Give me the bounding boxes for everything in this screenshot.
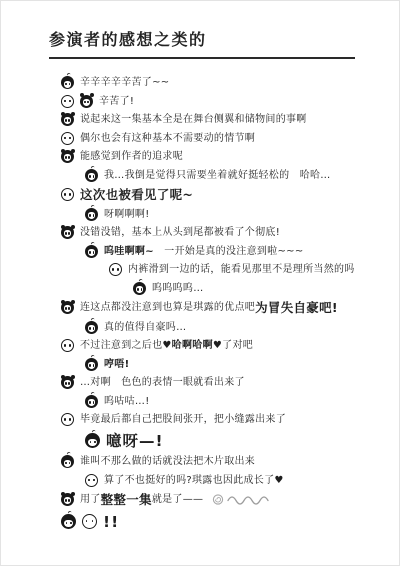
comment-text: 算了不也挺好的吗?琪露也因此成长了♥ xyxy=(104,474,284,487)
comment-text: 呜咕咕…! xyxy=(104,395,150,408)
comment-text: 毕竟最后都自己把股间张开，把小缝露出来了 xyxy=(80,413,286,426)
comment-segment: 不过注意到之后也♥ xyxy=(80,339,172,352)
comment-row: 辛苦了! xyxy=(61,95,379,108)
light-girl-avatar-icon xyxy=(82,514,97,529)
comment-segment: 为冒失自豪吧! xyxy=(255,300,338,315)
comment-row: 能感觉到作者的追求呢 xyxy=(61,150,379,163)
ahoge-girl-avatar-icon xyxy=(61,76,74,89)
buns-girl-avatar-icon xyxy=(80,95,93,108)
comment-row: 我…我倒是觉得只需要坐着就好挺轻松的 哈哈… xyxy=(85,169,379,182)
comment-text: 偶尔也会有这种基本不需要动的情节啊 xyxy=(80,132,255,145)
comment-text: 哼唔! xyxy=(104,358,129,371)
comment-segment: 没错没错，基本上从头到尾都被看了个彻底! xyxy=(80,226,280,239)
light-girl-avatar-icon xyxy=(61,188,74,201)
light-girl-avatar-icon xyxy=(61,95,74,108)
buns-girl-avatar-icon xyxy=(61,376,74,389)
comment-segment: 毕竟最后都自己把股间张开，把小缝露出来了 xyxy=(80,413,286,426)
comment-text: 呀啊啊啊! xyxy=(104,208,150,221)
comment-segment: 就是了—— xyxy=(152,493,204,506)
comment-row: 没错没错，基本上从头到尾都被看了个彻底! xyxy=(61,226,379,239)
comment-segment: 呜哇啊啊~ xyxy=(104,245,164,258)
comment-row: …对啊 色色的表情一眼就看出来了 xyxy=(61,376,379,389)
light-girl-avatar-icon xyxy=(61,339,74,352)
comment-text: …对啊 色色的表情一眼就看出来了 xyxy=(80,376,245,389)
light-girl-avatar-icon xyxy=(85,474,98,487)
ahoge-girl-avatar-icon xyxy=(85,358,98,371)
comment-segment: 整整一集 xyxy=(101,492,152,507)
ahoge-girl-avatar-icon xyxy=(85,395,98,408)
comment-text: 噫呀—! xyxy=(106,432,164,450)
comment-text: 呜哇啊啊~ 一开始是真的没注意到啦~~~ xyxy=(104,245,304,258)
ahoge-girl-avatar-icon xyxy=(61,514,76,529)
comment-segment: 这次也被看见了呢~ xyxy=(80,187,193,202)
ahoge-girl-avatar-icon xyxy=(61,455,74,468)
comment-segment: ♥了对吧 xyxy=(213,339,253,352)
light-girl-avatar-icon xyxy=(61,132,74,145)
ahoge-girl-avatar-icon xyxy=(85,321,98,334)
comment-segment: 偶尔也会有这种基本不需要动的情节啊 xyxy=(80,132,255,145)
comment-row: 呜咕咕…! xyxy=(85,395,379,408)
ahoge-girl-avatar-icon xyxy=(85,433,100,448)
comment-segment: 呀啊啊啊! xyxy=(104,208,150,221)
comment-row: 偶尔也会有这种基本不需要动的情节啊 xyxy=(61,132,379,145)
buns-girl-avatar-icon xyxy=(61,301,74,314)
comment-row: 呀啊啊啊! xyxy=(85,208,379,221)
buns-girl-avatar-icon xyxy=(61,150,74,163)
comment-row: 哼唔! xyxy=(85,358,379,371)
comment-segment: 哼唔! xyxy=(104,358,129,371)
comment-text: 用了整整一集就是了—— xyxy=(80,492,277,507)
comment-row: !! xyxy=(61,513,379,531)
comment-segment: 辛辛辛辛辛苦了~~ xyxy=(80,76,169,89)
comment-row: 谁叫不那么做的话就没法把木片取出来 xyxy=(61,455,379,468)
ahoge-girl-avatar-icon xyxy=(85,208,98,221)
comment-row: 噫呀—! xyxy=(85,432,379,450)
ahoge-girl-avatar-icon xyxy=(85,245,98,258)
comment-text: 辛辛辛辛辛苦了~~ xyxy=(80,76,169,89)
comment-text: 辛苦了! xyxy=(99,95,134,108)
afterword-page: 参演者的感想之类的 辛辛辛辛辛苦了~~辛苦了!说起来这一集基本全是在舞台侧翼和储… xyxy=(1,1,399,531)
comment-text: 没错没错，基本上从头到尾都被看了个彻底! xyxy=(80,226,280,239)
comment-text: 说起来这一集基本全是在舞台侧翼和储物间的事啊 xyxy=(80,113,307,126)
comment-text: 这次也被看见了呢~ xyxy=(80,187,193,202)
comment-row: 呜呜呜呜… xyxy=(133,282,379,295)
comment-segment: !! xyxy=(103,513,119,531)
comment-segment: 谁叫不那么做的话就没法把木片取出来 xyxy=(80,455,255,468)
comment-row: 呜哇啊啊~ 一开始是真的没注意到啦~~~ xyxy=(85,245,379,258)
comment-row: 内裤滑到一边的话，能看见那里不是理所当然的吗 xyxy=(109,263,379,276)
light-girl-avatar-icon xyxy=(109,263,122,276)
comment-segment: 内裤滑到一边的话，能看见那里不是理所当然的吗 xyxy=(128,263,355,276)
comment-row: 用了整整一集就是了—— xyxy=(61,492,379,507)
comment-text: 连这点都没注意到也算是琪露的优点吧 为冒失自豪吧! xyxy=(80,300,338,315)
comment-row: 这次也被看见了呢~ xyxy=(61,187,379,202)
ahoge-girl-avatar-icon xyxy=(85,169,98,182)
comment-segment: 噫呀—! xyxy=(106,432,164,450)
comment-segment: 能感觉到作者的追求呢 xyxy=(80,150,183,163)
page-title: 参演者的感想之类的 xyxy=(49,27,355,50)
comment-text: 谁叫不那么做的话就没法把木片取出来 xyxy=(80,455,255,468)
comment-segment: 说起来这一集基本全是在舞台侧翼和储物间的事啊 xyxy=(80,113,307,126)
comment-list: 辛辛辛辛辛苦了~~辛苦了!说起来这一集基本全是在舞台侧翼和储物间的事啊偶尔也会有… xyxy=(49,76,379,531)
comment-text: 真的值得自豪吗… xyxy=(104,321,186,334)
comment-text: 内裤滑到一边的话，能看见那里不是理所当然的吗 xyxy=(128,263,355,276)
comment-row: 算了不也挺好的吗?琪露也因此成长了♥ xyxy=(85,474,379,487)
comment-text: 不过注意到之后也♥哈啊哈啊♥了对吧 xyxy=(80,339,253,352)
comment-segment: 辛苦了! xyxy=(99,95,134,108)
comment-row: 辛辛辛辛辛苦了~~ xyxy=(61,76,379,89)
comment-row: 连这点都没注意到也算是琪露的优点吧 为冒失自豪吧! xyxy=(61,300,379,315)
light-girl-avatar-icon xyxy=(61,413,74,426)
comment-text: 呜呜呜呜… xyxy=(152,282,204,295)
comment-row: 真的值得自豪吗… xyxy=(85,321,379,334)
comment-segment: 呜咕咕…! xyxy=(104,395,150,408)
comment-segment: …对啊 色色的表情一眼就看出来了 xyxy=(80,376,245,389)
comment-segment: 呜呜呜呜… xyxy=(152,282,204,295)
comment-segment: 用了 xyxy=(80,493,101,506)
buns-girl-avatar-icon xyxy=(61,226,74,239)
buns-girl-avatar-icon xyxy=(61,113,74,126)
comment-segment: 一开始是真的没注意到啦~~~ xyxy=(164,245,303,258)
comment-segment: 算了不也挺好的吗?琪露也因此成长了♥ xyxy=(104,474,284,487)
comment-text: 我…我倒是觉得只需要坐着就好挺轻松的 哈哈… xyxy=(104,169,331,182)
comment-row: 不过注意到之后也♥哈啊哈啊♥了对吧 xyxy=(61,339,379,352)
comment-segment: 连这点都没注意到也算是琪露的优点吧 xyxy=(80,301,255,314)
comment-row: 毕竟最后都自己把股间张开，把小缝露出来了 xyxy=(61,413,379,426)
comment-segment: 真的值得自豪吗… xyxy=(104,321,186,334)
comment-segment: 哈啊哈啊 xyxy=(172,339,213,352)
buns-girl-avatar-icon xyxy=(61,493,74,506)
comment-text: 能感觉到作者的追求呢 xyxy=(80,150,183,163)
ahoge-girl-avatar-icon xyxy=(133,282,146,295)
scribble-wave-doodle-icon xyxy=(211,493,277,506)
comment-text: !! xyxy=(103,513,119,531)
page-header: 参演者的感想之类的 xyxy=(49,27,355,59)
comment-row: 说起来这一集基本全是在舞台侧翼和储物间的事啊 xyxy=(61,113,379,126)
comment-segment: 我…我倒是觉得只需要坐着就好挺轻松的 哈哈… xyxy=(104,169,331,182)
